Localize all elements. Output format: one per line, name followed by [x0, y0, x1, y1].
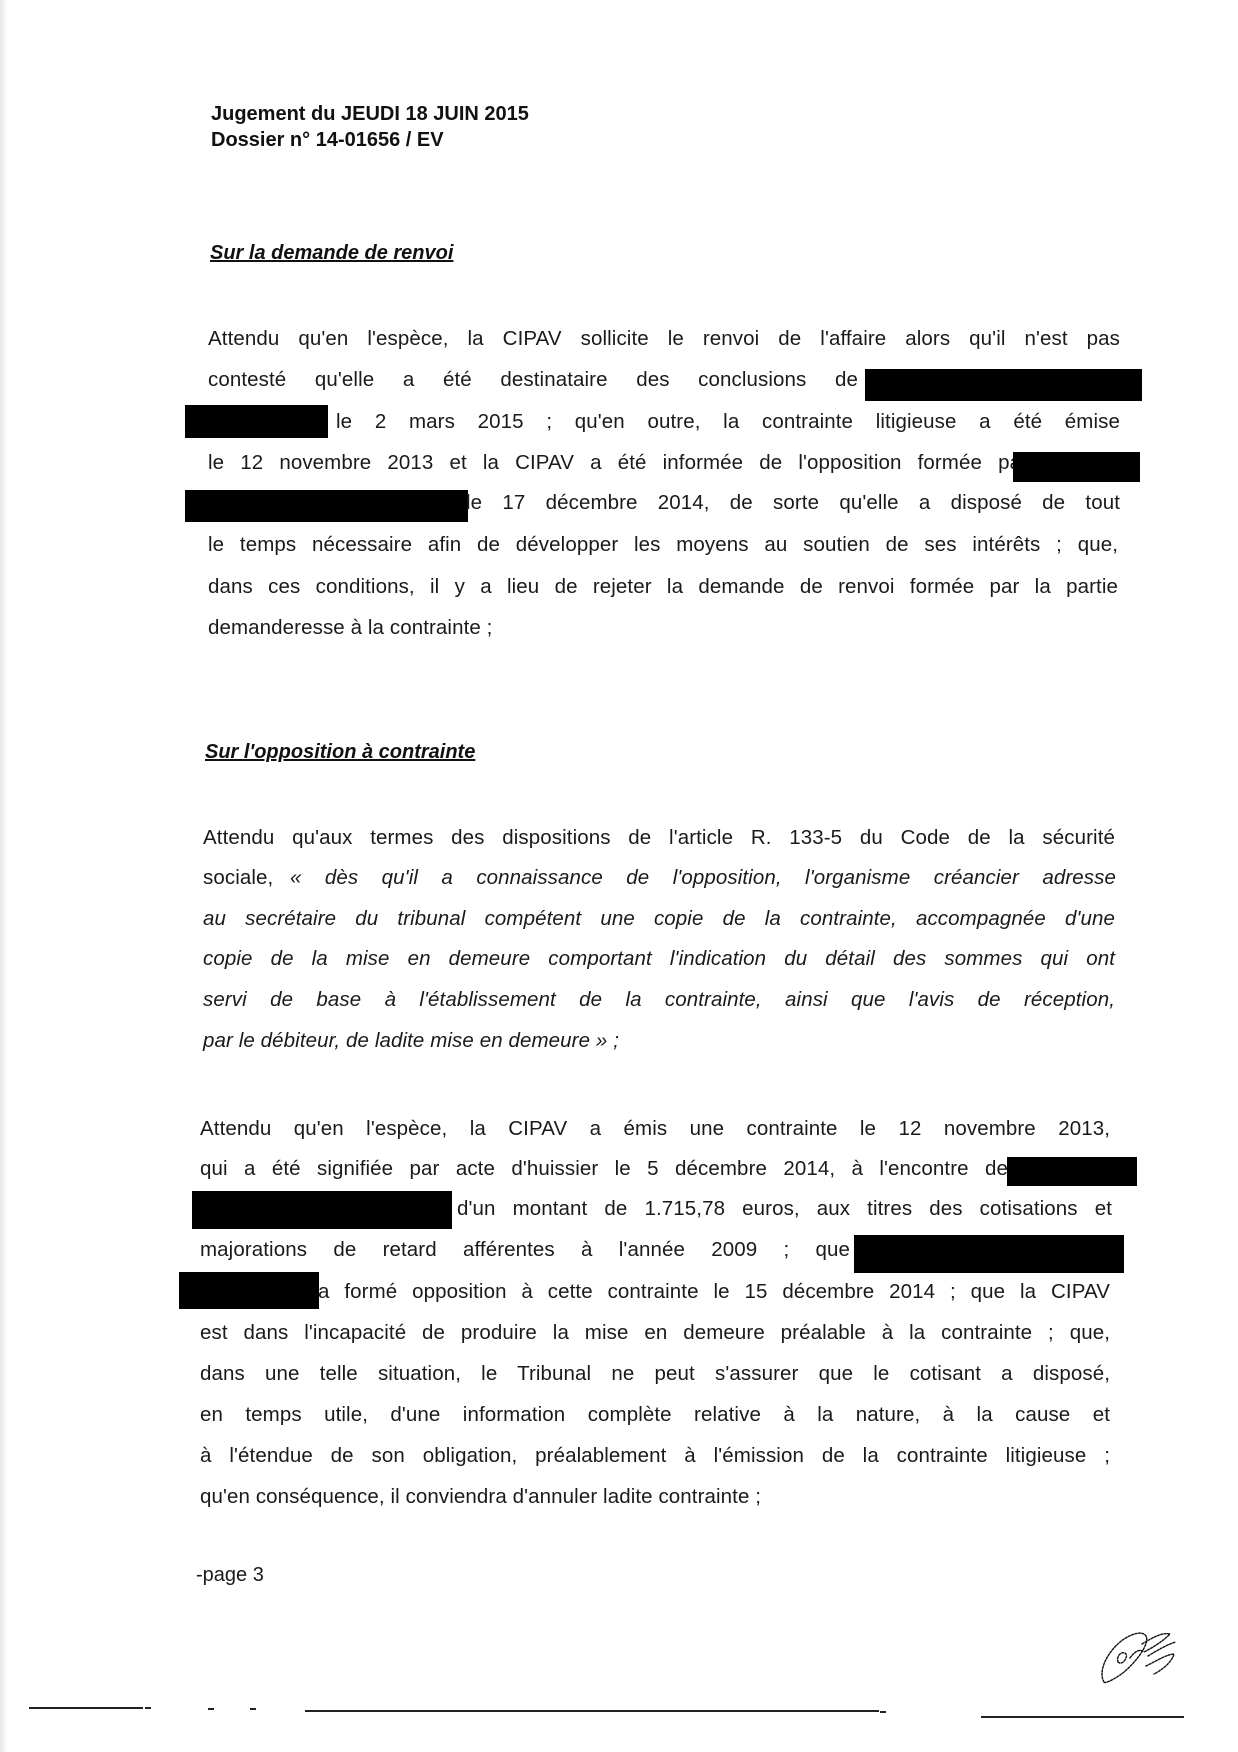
- text-line: est dans l'incapacité de produire la mis…: [200, 1321, 1110, 1345]
- quoted-text-line: au secrétaire du tribunal compétent une …: [203, 907, 1115, 931]
- text-line: d'un montant de 1.715,78 euros, aux titr…: [457, 1197, 1112, 1221]
- text-line: contesté qu'elle a été destinataire des …: [208, 368, 858, 392]
- quoted-text-line: « dès qu'il a connaissance de l'oppositi…: [290, 866, 1116, 890]
- text-line: dans une telle situation, le Tribunal ne…: [200, 1362, 1110, 1386]
- file-number: Dossier n° 14-01656 / EV: [211, 127, 529, 153]
- footer-dash: [145, 1707, 151, 1709]
- text-line: Attendu qu'en l'espèce, la CIPAV sollici…: [208, 327, 1120, 351]
- text-line: majorations de retard afférentes à l'ann…: [200, 1238, 850, 1262]
- text-line: sociale,: [203, 866, 273, 890]
- text-line: à l'étendue de son obligation, préalable…: [200, 1444, 1110, 1468]
- text-line: le 12 novembre 2013 et la CIPAV a été in…: [208, 451, 1028, 475]
- scan-page-edge: [0, 0, 8, 1752]
- redaction-box: [179, 1272, 319, 1309]
- redaction-box: [1007, 1157, 1137, 1186]
- redaction-box: [1013, 452, 1140, 482]
- text-line: demanderesse à la contrainte ;: [208, 616, 492, 640]
- text-line: qui a été signifiée par acte d'huissier …: [200, 1157, 1008, 1181]
- quoted-text-line: par le débiteur, de ladite mise en demeu…: [203, 1029, 619, 1053]
- signature-initials-icon: [1096, 1622, 1186, 1692]
- judgment-date: Jugement du JEUDI 18 JUIN 2015: [211, 101, 529, 127]
- footer-rule: [305, 1710, 879, 1712]
- text-line: le 17 décembre 2014, de sorte qu'elle a …: [466, 491, 1120, 515]
- page-number: -page 3: [196, 1564, 264, 1587]
- quoted-text-line: copie de la mise en demeure comportant l…: [203, 947, 1115, 971]
- quoted-text-line: servi de base à l'établissement de la co…: [203, 988, 1115, 1012]
- text-line: dans ces conditions, il y a lieu de reje…: [208, 575, 1118, 599]
- redaction-box: [865, 369, 1142, 401]
- footer-dash: [208, 1708, 214, 1710]
- redaction-box: [185, 405, 328, 438]
- redaction-box: [854, 1235, 1124, 1273]
- text-line: en temps utile, d'une information complè…: [200, 1403, 1110, 1427]
- text-line: Attendu qu'aux termes des dispositions d…: [203, 826, 1115, 850]
- footer-rule: [981, 1716, 1184, 1718]
- text-line: le temps nécessaire afin de développer l…: [208, 533, 1118, 557]
- text-line: le 2 mars 2015 ; qu'en outre, la contrai…: [336, 410, 1120, 434]
- footer-dash: [250, 1708, 256, 1710]
- document-header: Jugement du JEUDI 18 JUIN 2015 Dossier n…: [211, 101, 529, 153]
- text-line: a formé opposition à cette contrainte le…: [318, 1280, 1110, 1304]
- section-title-opposition: Sur l'opposition à contrainte: [205, 741, 475, 764]
- redaction-box: [192, 1191, 452, 1229]
- text-line: qu'en conséquence, il conviendra d'annul…: [200, 1485, 761, 1509]
- footer-rule: [29, 1707, 143, 1709]
- section-title-renvoi: Sur la demande de renvoi: [210, 242, 453, 265]
- text-line: Attendu qu'en l'espèce, la CIPAV a émis …: [200, 1117, 1110, 1141]
- redaction-box: [185, 490, 468, 522]
- footer-dash: [880, 1711, 886, 1713]
